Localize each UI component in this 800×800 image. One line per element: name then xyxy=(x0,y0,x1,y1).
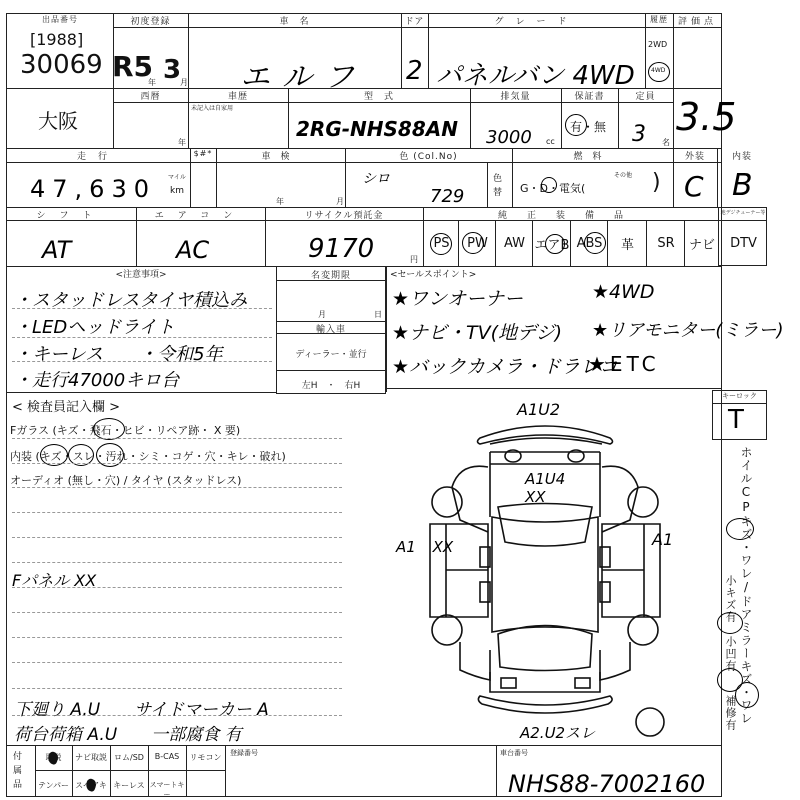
equip-aw: AW xyxy=(495,220,533,266)
fuel-diesel-circle xyxy=(541,177,557,193)
fuel-close: ) xyxy=(652,170,661,195)
inspector-line-3: オーディオ (無し・穴) / タイヤ (スタッドレス) xyxy=(10,472,241,488)
year-unit: 年 xyxy=(178,137,186,148)
doors: 2 xyxy=(406,56,423,86)
handwritten-underbody: 下廻り A.U サイドマーカー A xyxy=(14,695,269,720)
shift: AT xyxy=(42,236,71,264)
deadline-day: 日 xyxy=(374,309,382,320)
sales-point-6: ★ETC xyxy=(588,352,660,376)
fuel-label: 燃料 xyxy=(512,149,673,162)
airbag-circle xyxy=(545,234,565,254)
ac: AC xyxy=(176,236,209,264)
inspection-month-unit: 月 xyxy=(336,196,344,207)
car-name-label: 車 名 xyxy=(188,14,401,27)
first-reg-month-unit: 月 xyxy=(180,77,188,88)
mileage-unit-km: km xyxy=(170,186,184,196)
diagram-right-side-note: A1 xyxy=(652,530,673,549)
warranty-label: 保証書 xyxy=(561,89,618,102)
equip-navi: ナビ xyxy=(684,220,719,266)
inspector-line-1: Fガラス (キズ・飛石・ヒビ・リペア跡・ X 要) xyxy=(10,422,240,438)
color: シロ xyxy=(362,168,390,188)
fuel-other: その他 xyxy=(614,170,632,179)
history-label: 履歴 xyxy=(645,14,673,25)
side-small-dent: 小凹有 xyxy=(722,636,738,672)
history-2wd: 2WD xyxy=(648,40,667,49)
year-code: [1988] xyxy=(30,30,83,49)
equip-sr: SR xyxy=(646,220,685,266)
chassis-label: 車歴 xyxy=(188,89,288,102)
first-reg-year-unit: 年 xyxy=(148,77,156,88)
accessories-label: 付属品 xyxy=(13,750,23,792)
diagram-front-bumper-note: A1U2 xyxy=(517,400,560,419)
deadline-month: 月 xyxy=(318,309,326,320)
lot-number: 30069 xyxy=(20,50,103,80)
capacity: 3 xyxy=(632,122,646,147)
ac-label: エアコン xyxy=(136,208,265,221)
displacement-label: 排気量 xyxy=(470,89,561,102)
note-3: ・キーレス ・令和5年 xyxy=(14,340,223,366)
sales-point-5: ★バックカメラ・ドラレコ xyxy=(392,352,618,379)
mileage: 47,630 xyxy=(30,175,156,203)
sales-point-3: ★ナビ・TV(地デジ) xyxy=(392,318,562,345)
capacity-unit: 名 xyxy=(662,137,670,148)
score: 3.5 xyxy=(676,95,736,139)
history-selected: 4WD xyxy=(651,67,665,74)
acc-bcas: B-CAS xyxy=(148,752,186,761)
acc-smart-key: スマートキー xyxy=(148,780,186,800)
acc-remote: リモコン xyxy=(186,752,225,763)
color-label: 色 (Col.No) xyxy=(345,149,512,162)
handle-label: 左H ・ 右H xyxy=(276,378,386,391)
region: 大阪 xyxy=(38,105,78,134)
exterior: C xyxy=(684,170,704,203)
diagram-rear-bumper-note: A2.U2スレ xyxy=(520,722,595,743)
key-lock-label: キーロック xyxy=(712,391,767,401)
acc-navi-manual: ナビ取説 xyxy=(72,752,110,763)
equip-leather: 革 xyxy=(607,220,647,266)
color-no: 729 xyxy=(430,186,464,207)
displacement-unit: cc xyxy=(546,137,555,146)
grade-label: グレード xyxy=(428,14,645,27)
warranty-circle xyxy=(565,114,587,136)
dealer-label: ディーラー・並行 xyxy=(276,347,386,360)
first-reg-era: R5 xyxy=(112,50,153,83)
equip-dtv: DTV xyxy=(718,220,768,266)
pw-circle xyxy=(462,232,484,254)
mileage-label: 走行 xyxy=(6,149,190,162)
diagram-windshield-note: A1U4 XX xyxy=(525,470,565,506)
interior: B xyxy=(732,168,753,203)
shift-label: シフト xyxy=(6,208,136,221)
ps-circle xyxy=(430,233,452,255)
sales-point-1: ★ワンオーナー xyxy=(392,284,523,311)
registration-no-label: 登録番号 xyxy=(230,748,258,758)
import-label: 輸入車 xyxy=(276,322,386,335)
acc-temper: テンパー xyxy=(35,780,72,791)
frame-number: NHS88-7002160 xyxy=(508,770,705,798)
notes-label: <注意事項> xyxy=(6,267,276,280)
tuner-label: 地デジチューナー等 xyxy=(719,209,767,216)
small-scratch-circle xyxy=(717,612,743,634)
year-label: 西暦 xyxy=(113,89,188,102)
capacity-label: 定員 xyxy=(618,89,673,102)
mileage-flag: $#* xyxy=(190,149,216,158)
handwritten-f-panel: Fパネル XX xyxy=(12,568,96,591)
recycle-label: リサイクル預託金 xyxy=(265,208,423,221)
model: 2RG-NHS88AN xyxy=(296,117,458,141)
note-2: ・LEDヘッドライト xyxy=(14,313,175,339)
acc-keyless: キーレス xyxy=(110,780,148,791)
recycle-unit: 円 xyxy=(410,254,418,265)
color-change-label: 色替 xyxy=(493,172,503,200)
displacement: 3000 xyxy=(486,127,532,148)
sales-point-4: ★リアモニター(ミラー) xyxy=(592,316,783,342)
score-label: 評価点 xyxy=(673,14,722,27)
deadline-label: 名変期限 xyxy=(276,268,386,281)
handwritten-cargo: 荷台荷箱 A.U 一部腐食 有 xyxy=(14,720,242,745)
interior-label: 内装 xyxy=(717,149,767,162)
mileage-unit-mile: マイル xyxy=(168,172,186,181)
door-label: ドア xyxy=(401,14,428,27)
first-reg-month: 3 xyxy=(163,55,181,85)
grade: パネルバン 4WD xyxy=(436,55,635,92)
diagram-left-side-note: A1 XX xyxy=(396,538,453,556)
fglass-flying-stone-circle xyxy=(93,418,125,440)
sales-points-label: <セールスポイント> xyxy=(390,267,476,280)
inspection-year-unit: 年 xyxy=(276,196,284,207)
exterior-label: 外装 xyxy=(673,149,717,162)
first-reg-label: 初度登録 xyxy=(113,14,188,27)
key-lock-value: T xyxy=(728,405,744,435)
wheelcap-scratch-circle xyxy=(726,518,754,540)
model-label: 型 式 xyxy=(288,89,470,102)
mirror-scratch-circle xyxy=(735,682,759,708)
inspection-label: 車検 xyxy=(216,149,345,162)
chassis-note: 未記入は自家用 xyxy=(191,103,233,112)
abs-circle xyxy=(584,232,606,254)
frame-label: 車台番号 xyxy=(500,748,528,758)
note-1: ・スタッドレスタイヤ積込み xyxy=(14,286,247,312)
inspector-label: < 検査員記入欄 > xyxy=(12,396,120,415)
note-4: ・走行47000キロ台 xyxy=(14,366,179,392)
acc-rom-sd: ロム/SD xyxy=(110,752,148,763)
recycle: 9170 xyxy=(308,234,374,264)
sales-point-2: ★4WD xyxy=(592,281,655,303)
lot-label: 出品番号 xyxy=(10,14,110,25)
vehicle-damage-diagram xyxy=(380,392,710,747)
